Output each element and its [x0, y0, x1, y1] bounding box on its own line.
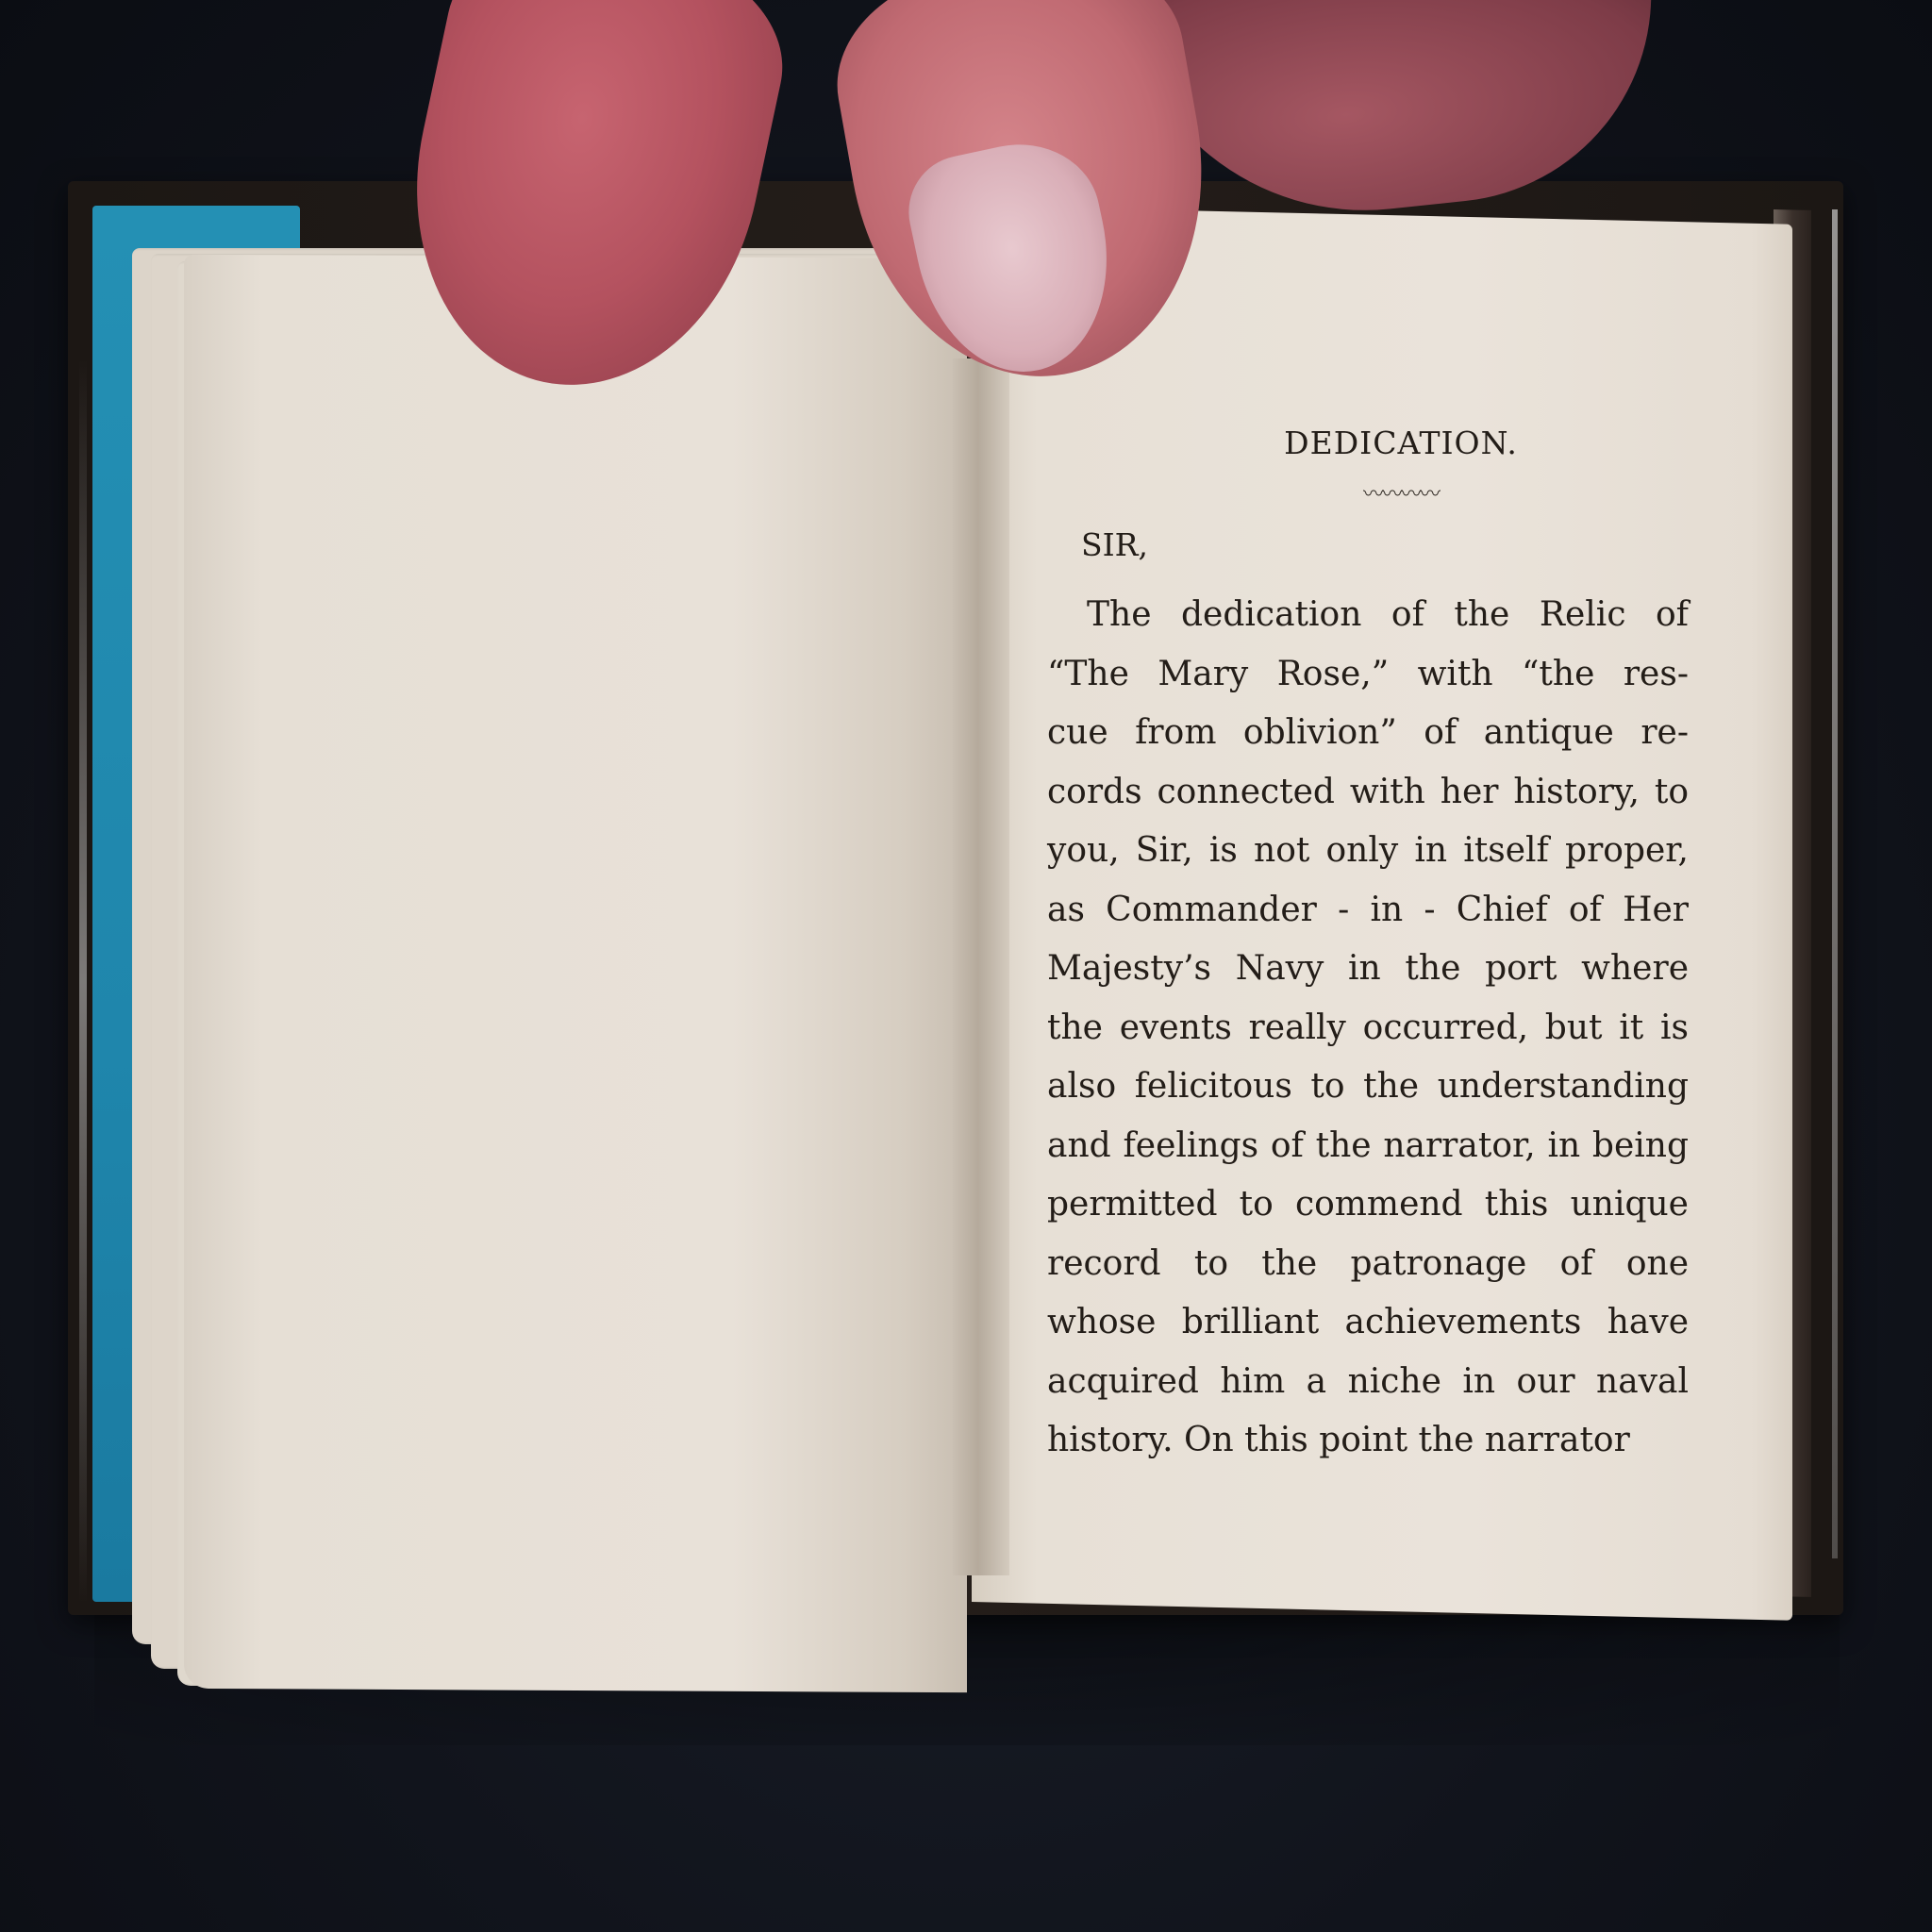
- text-line: cords connected with her history, to: [1047, 763, 1689, 823]
- text-line: and feelings of the narrator, in being: [1047, 1117, 1689, 1176]
- text-line: “The Mary Rose,” with “the res-: [1047, 645, 1689, 705]
- cover-edge-highlight-right: [1832, 209, 1838, 1558]
- text-line: as Commander - in - Chief of Her: [1047, 881, 1689, 941]
- text-line: you, Sir, is not only in itself proper,: [1047, 822, 1689, 881]
- text-line: acquired him a niche in our naval: [1047, 1353, 1689, 1412]
- text-line: the events really occurred, but it is: [1047, 999, 1689, 1058]
- dedication-text-block: DEDICATION. 〰〰〰〰 SIR, The dedication of …: [1047, 425, 1698, 1471]
- ornament-divider: 〰〰〰〰: [1104, 478, 1698, 508]
- dedication-heading: DEDICATION.: [1104, 425, 1698, 461]
- text-line: whose brilliant achievements have: [1047, 1293, 1689, 1353]
- book-gutter: [953, 358, 1009, 1575]
- text-line: also felicitous to the understanding: [1047, 1058, 1689, 1117]
- text-line: record to the patronage of one: [1047, 1235, 1689, 1294]
- text-line: history. On this point the narrator: [1047, 1411, 1689, 1471]
- photo-scene: DEDICATION. 〰〰〰〰 SIR, The dedication of …: [0, 0, 1932, 1932]
- left-page: [184, 255, 967, 1692]
- text-line: permitted to commend this unique: [1047, 1175, 1689, 1235]
- text-line: Majesty’s Navy in the port where: [1047, 940, 1689, 999]
- cover-edge-highlight-left: [79, 358, 87, 1604]
- text-line: cue from oblivion” of antique re-: [1047, 704, 1689, 763]
- salutation: SIR,: [1081, 526, 1698, 563]
- text-line: The dedication of the Relic of: [1047, 586, 1689, 645]
- dedication-body: The dedication of the Relic of “The Mary…: [1047, 586, 1698, 1471]
